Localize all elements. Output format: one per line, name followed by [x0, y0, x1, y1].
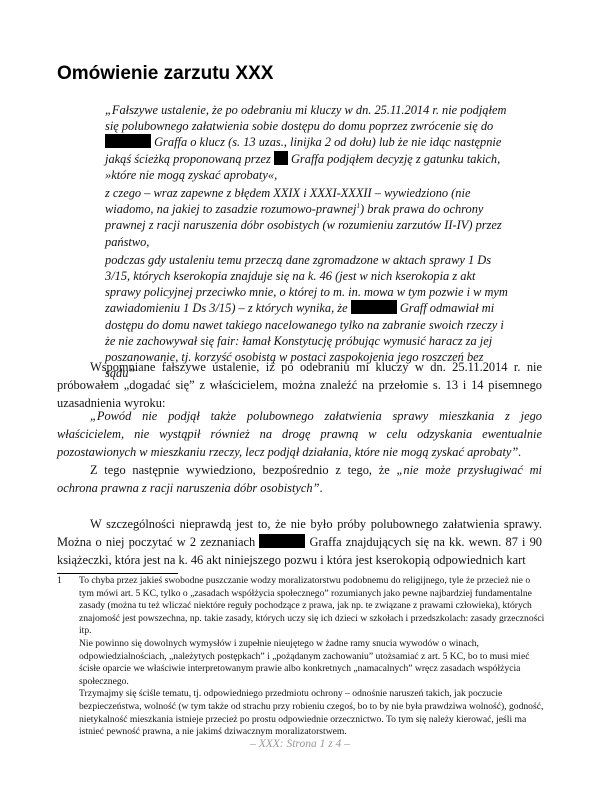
- redacted-name: [351, 300, 397, 314]
- quote-paragraph: „Fałszywe ustalenie, że po odebraniu mi …: [105, 102, 510, 183]
- document-page: Omówienie zarzutu XXX „Fałszywe ustaleni…: [0, 0, 600, 800]
- court-quote-paragraph: „Powód nie podjął także polubownego zała…: [57, 407, 542, 461]
- block-quote: „Fałszywe ustalenie, że po odebraniu mi …: [105, 102, 510, 383]
- footnote-paragraph: Nie powinno się dowolnych wymysłów i zup…: [79, 638, 547, 688]
- footnote-reference[interactable]: 1: [357, 202, 361, 210]
- page-number-footer: – XXX: Strona 1 z 4 –: [0, 738, 600, 750]
- footnote-number: 1: [57, 575, 62, 588]
- redacted-name: [259, 534, 305, 548]
- body-paragraph-1: Wspomniane fałszywe ustalenie, iż po ode…: [57, 358, 542, 412]
- redacted-name: [105, 134, 151, 148]
- footnote-separator: [57, 573, 178, 574]
- body-paragraph-4: W szczególności nieprawdą jest to, że ni…: [57, 515, 542, 569]
- page-title: Omówienie zarzutu XXX: [57, 63, 273, 85]
- quote-paragraph: z czego – wraz zapewne z błędem XXIX i X…: [105, 185, 510, 250]
- footnote-paragraph: Trzymajmy się ściśle tematu, tj. odpowie…: [79, 688, 547, 738]
- footnote: 1 To chyba przez jakieś swobodne puszcza…: [57, 575, 547, 739]
- redacted-name: [274, 151, 288, 165]
- body-paragraph-3: Z tego następnie wywiedziono, bezpośredn…: [57, 461, 542, 497]
- footnote-body: To chyba przez jakieś swobodne puszczani…: [79, 575, 547, 739]
- footnote-paragraph: To chyba przez jakieś swobodne puszczani…: [79, 575, 547, 638]
